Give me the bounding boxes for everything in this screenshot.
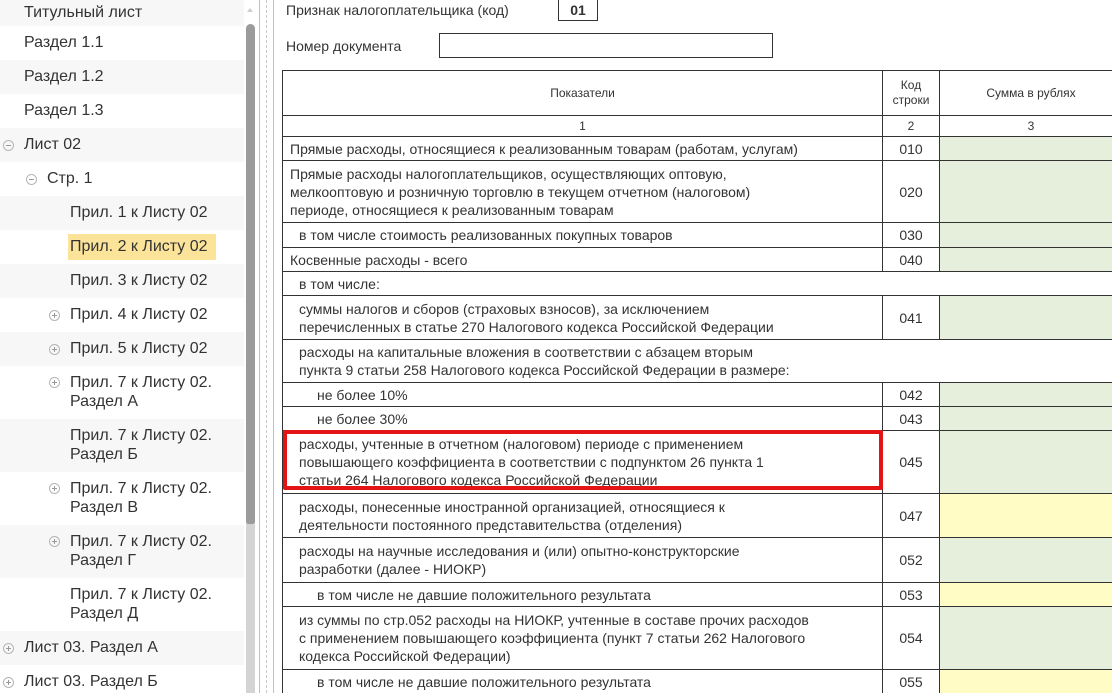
sidebar-item-label: Прил. 7 к Листу 02.Раздел Г <box>70 532 212 570</box>
indicator-name: суммы налогов и сборов (страховых взносо… <box>283 296 883 340</box>
sidebar-item-label: Лист 03. Раздел Б <box>24 672 158 692</box>
doc-number-input[interactable] <box>439 33 773 58</box>
sidebar-item[interactable]: Прил. 7 к Листу 02.Раздел Б <box>0 419 244 472</box>
sidebar-item[interactable]: Лист 03. Раздел А <box>0 631 244 665</box>
indicator-name: расходы на научные исследования и (или) … <box>283 538 883 583</box>
indicator-text-line: перечисленных в статье 270 Налогового ко… <box>299 319 774 335</box>
indicator-text-line: расходы, учтенные в отчетном (налоговом)… <box>299 436 743 452</box>
sidebar-item-label: Лист 03. Раздел А <box>24 638 158 658</box>
table-row: расходы, понесенные иностранной организа… <box>283 494 1112 538</box>
indicator-name: Прямые расходы, относящиеся к реализован… <box>283 137 883 161</box>
table-row: Прямые расходы, относящиеся к реализован… <box>283 137 1112 161</box>
table-row: суммы налогов и сборов (страховых взносо… <box>283 296 1112 340</box>
line-code: 041 <box>883 296 940 340</box>
sidebar-item-label: Прил. 7 к Листу 02.Раздел В <box>70 479 212 517</box>
label-line: Раздел Д <box>70 605 138 622</box>
line-code: 055 <box>883 670 940 693</box>
sidebar-item[interactable]: Прил. 1 к Листу 02 <box>0 196 244 230</box>
amount-input-cell[interactable] <box>940 431 1112 494</box>
line-code: 052 <box>883 538 940 583</box>
doc-number-label: Номер документа <box>286 38 401 54</box>
sidebar-item[interactable]: Лист 02 <box>0 128 244 162</box>
sidebar-scrollbar[interactable] <box>244 0 257 693</box>
table-row: расходы, учтенные в отчетном (налоговом)… <box>283 431 1112 494</box>
indicator-text-line: расходы, понесенные иностранной организа… <box>299 499 725 515</box>
label-line: Раздел А <box>70 393 138 410</box>
sidebar-item-label: Стр. 1 <box>47 169 93 189</box>
expand-icon[interactable] <box>3 643 14 654</box>
indicator-text-line: повышающего коэффициента в соответствии … <box>299 454 764 470</box>
indicator-name: в том числе не давшие положительного рез… <box>283 670 883 693</box>
indicator-text-line: статьи 264 Налогового кодекса Российской… <box>299 472 657 488</box>
sidebar-item-label: Прил. 7 к Листу 02.Раздел Б <box>70 426 212 464</box>
indicator-text-line: суммы налогов и сборов (страховых взносо… <box>299 301 709 317</box>
amount-input-cell[interactable] <box>940 407 1112 431</box>
amount-input-cell[interactable] <box>940 670 1112 693</box>
sidebar-item[interactable]: Раздел 1.1 <box>0 26 244 60</box>
line-code: 010 <box>883 137 940 161</box>
indicator-text-line: Прямые расходы налогоплательщиков, осуще… <box>290 166 727 182</box>
panel-divider <box>259 0 260 693</box>
indicator-text-line: с применением повышающего коэффициента (… <box>299 630 805 646</box>
sidebar-item-label: Титульный лист <box>24 3 142 23</box>
line-code: 045 <box>883 431 940 494</box>
header-line-code: Код строки <box>883 71 940 116</box>
sidebar-item[interactable]: Прил. 7 к Листу 02.Раздел В <box>0 472 244 525</box>
header-indicators: Показатели <box>283 71 883 116</box>
scrollbar-thumb[interactable] <box>246 24 255 524</box>
line-code: 053 <box>883 583 940 607</box>
line-code: 040 <box>883 248 940 272</box>
header-line-code-2: строки <box>893 93 930 107</box>
sidebar-item-label: Прил. 7 к Листу 02.Раздел Д <box>70 585 212 623</box>
indicator-text-line: периоде, относящиеся к реализованным тов… <box>290 202 614 218</box>
header-line-code-1: Код <box>901 78 921 92</box>
amount-input-cell[interactable] <box>940 538 1112 583</box>
indicator-name: расходы на капитальные вложения в соотве… <box>283 340 1112 383</box>
label-line: Прил. 7 к Листу 02. <box>70 586 212 603</box>
indicator-text-line: не более 10% <box>317 387 408 403</box>
indicator-text-line: разработки (далее - НИОКР) <box>299 561 486 577</box>
label-line: Прил. 7 к Листу 02. <box>70 374 212 391</box>
table-row: в том числе не давшие положительного рез… <box>283 670 1112 693</box>
line-code: 047 <box>883 494 940 538</box>
sidebar-item[interactable]: Титульный лист <box>0 0 244 26</box>
indicator-text-line: деятельности постоянного представительст… <box>299 517 682 533</box>
sidebar-item[interactable]: Прил. 4 к Листу 02 <box>0 298 244 332</box>
expand-icon[interactable] <box>49 377 60 388</box>
collapse-icon[interactable] <box>3 140 14 151</box>
sidebar-item[interactable]: Стр. 1 <box>0 162 244 196</box>
panel-splitter-handle[interactable] <box>266 0 267 693</box>
indicator-name: не более 30% <box>283 407 883 431</box>
indicator-text-line: пункта 9 статьи 258 Налогового кодекса Р… <box>299 362 790 378</box>
indicator-text-line: Прямые расходы, относящиеся к реализован… <box>290 141 798 157</box>
table-row: в том числе стоимость реализованных поку… <box>283 223 1112 248</box>
sidebar-item-label: Прил. 5 к Листу 02 <box>70 339 208 359</box>
sidebar-item[interactable]: Прил. 5 к Листу 02 <box>0 332 244 366</box>
sidebar-item[interactable]: Лист 03. Раздел Б <box>0 665 244 693</box>
scrollbar-track-lower[interactable] <box>246 520 255 693</box>
amount-input-cell[interactable] <box>940 248 1112 272</box>
amount-input-cell[interactable] <box>940 494 1112 538</box>
sidebar-item[interactable]: Прил. 3 к Листу 02 <box>0 264 244 298</box>
amount-input-cell[interactable] <box>940 383 1112 407</box>
taxpayer-sign-code-field[interactable]: 01 <box>558 0 598 21</box>
table-row: расходы на научные исследования и (или) … <box>283 538 1112 583</box>
line-code: 054 <box>883 607 940 670</box>
sidebar-item-label: Прил. 7 к Листу 02.Раздел А <box>70 373 212 411</box>
label-line: Раздел В <box>70 499 138 516</box>
column-number-2: 2 <box>883 116 940 137</box>
indicator-text-line: расходы на научные исследования и (или) … <box>299 543 740 559</box>
taxpayer-sign-label: Признак налогоплательщика (код) <box>286 2 509 18</box>
sidebar-item-label: Лист 02 <box>24 135 81 155</box>
label-line: Прил. 7 к Листу 02. <box>70 427 212 444</box>
table-row: Косвенные расходы - всего040 <box>283 248 1112 272</box>
amount-input-cell[interactable] <box>940 583 1112 607</box>
sidebar-item[interactable]: Раздел 1.3 <box>0 94 244 128</box>
collapse-icon[interactable] <box>26 174 37 185</box>
expand-icon[interactable] <box>49 536 60 547</box>
sidebar-item[interactable]: Прил. 7 к Листу 02.Раздел А <box>0 366 244 419</box>
indicator-name: из суммы по стр.052 расходы на НИОКР, уч… <box>283 607 883 670</box>
indicator-text-line: из суммы по стр.052 расходы на НИОКР, уч… <box>299 612 809 628</box>
amount-input-cell[interactable] <box>940 607 1112 670</box>
expand-icon[interactable] <box>49 483 60 494</box>
header-amount: Сумма в рублях <box>940 71 1112 116</box>
table-row: не более 30%043 <box>283 407 1112 431</box>
table-row: Прямые расходы налогоплательщиков, осуще… <box>283 161 1112 223</box>
sidebar-nav-tree: Титульный листРаздел 1.1Раздел 1.2Раздел… <box>0 0 244 693</box>
line-code: 020 <box>883 161 940 223</box>
sidebar-item-label: Прил. 2 к Листу 02 <box>68 234 216 260</box>
scroll-up-arrow-icon[interactable] <box>247 8 253 12</box>
indicator-name: расходы, понесенные иностранной организа… <box>283 494 883 538</box>
column-number-3: 3 <box>940 116 1112 137</box>
label-line: Прил. 7 к Листу 02. <box>70 533 212 550</box>
sidebar-item-label: Раздел 1.2 <box>24 67 104 87</box>
indicator-name: в том числе не давшие положительного рез… <box>283 583 883 607</box>
label-line: Раздел Г <box>70 552 136 569</box>
line-code: 030 <box>883 223 940 248</box>
label-line: Раздел Б <box>70 446 138 463</box>
label-line: Прил. 7 к Листу 02. <box>70 480 212 497</box>
indicator-text-line: расходы на капитальные вложения в соотве… <box>299 344 753 360</box>
amount-input-cell[interactable] <box>940 296 1112 340</box>
sidebar-item-label: Раздел 1.3 <box>24 101 104 121</box>
indicator-text-line: не более 30% <box>317 411 408 427</box>
indicator-name: в том числе стоимость реализованных поку… <box>283 223 883 248</box>
amount-input-cell[interactable] <box>940 161 1112 223</box>
indicator-name: Косвенные расходы - всего <box>283 248 883 272</box>
indicator-text-line: Косвенные расходы - всего <box>290 252 467 268</box>
table-row: в том числе не давшие положительного рез… <box>283 583 1112 607</box>
expand-icon[interactable] <box>49 310 60 321</box>
sidebar-item-label: Прил. 3 к Листу 02 <box>70 271 208 291</box>
table-row: не более 10%042 <box>283 383 1112 407</box>
sidebar-item[interactable]: Прил. 2 к Листу 02 <box>0 230 244 264</box>
indicator-text-line: в том числе: <box>299 276 380 292</box>
indicator-name: в том числе: <box>283 272 1112 296</box>
table-row: в том числе: <box>283 272 1112 296</box>
sidebar-item-label: Прил. 1 к Листу 02 <box>70 203 208 223</box>
indicator-text-line: кодекса Российской Федерации) <box>299 648 511 664</box>
column-number-1: 1 <box>283 116 883 137</box>
sidebar-item-label: Раздел 1.1 <box>24 33 104 53</box>
indicator-text-line: в том числе не давшие положительного рез… <box>317 674 651 690</box>
table-row: из суммы по стр.052 расходы на НИОКР, уч… <box>283 607 1112 670</box>
sidebar-item[interactable]: Прил. 7 к Листу 02.Раздел Д <box>0 578 244 631</box>
indicator-text-line: в том числе не давшие положительного рез… <box>317 587 651 603</box>
indicator-text-line: в том числе стоимость реализованных поку… <box>299 227 673 243</box>
indicator-name: Прямые расходы налогоплательщиков, осуще… <box>283 161 883 223</box>
indicator-name: расходы, учтенные в отчетном (налоговом)… <box>283 431 883 494</box>
expand-icon[interactable] <box>49 344 60 355</box>
panel-divider <box>273 0 274 693</box>
sidebar-item-label: Прил. 4 к Листу 02 <box>70 305 208 325</box>
indicator-name: не более 10% <box>283 383 883 407</box>
table-row: расходы на капитальные вложения в соотве… <box>283 340 1112 383</box>
amount-input-cell[interactable] <box>940 137 1112 161</box>
line-code: 043 <box>883 407 940 431</box>
amount-input-cell[interactable] <box>940 223 1112 248</box>
expand-icon[interactable] <box>3 677 14 688</box>
line-code: 042 <box>883 383 940 407</box>
expenses-table: Показатели Код строки Сумма в рублях 1 2… <box>282 70 1112 693</box>
sidebar-item[interactable]: Прил. 7 к Листу 02.Раздел Г <box>0 525 244 578</box>
sidebar-item[interactable]: Раздел 1.2 <box>0 60 244 94</box>
indicator-text-line: мелкооптовую и розничную торговлю в теку… <box>290 184 750 200</box>
